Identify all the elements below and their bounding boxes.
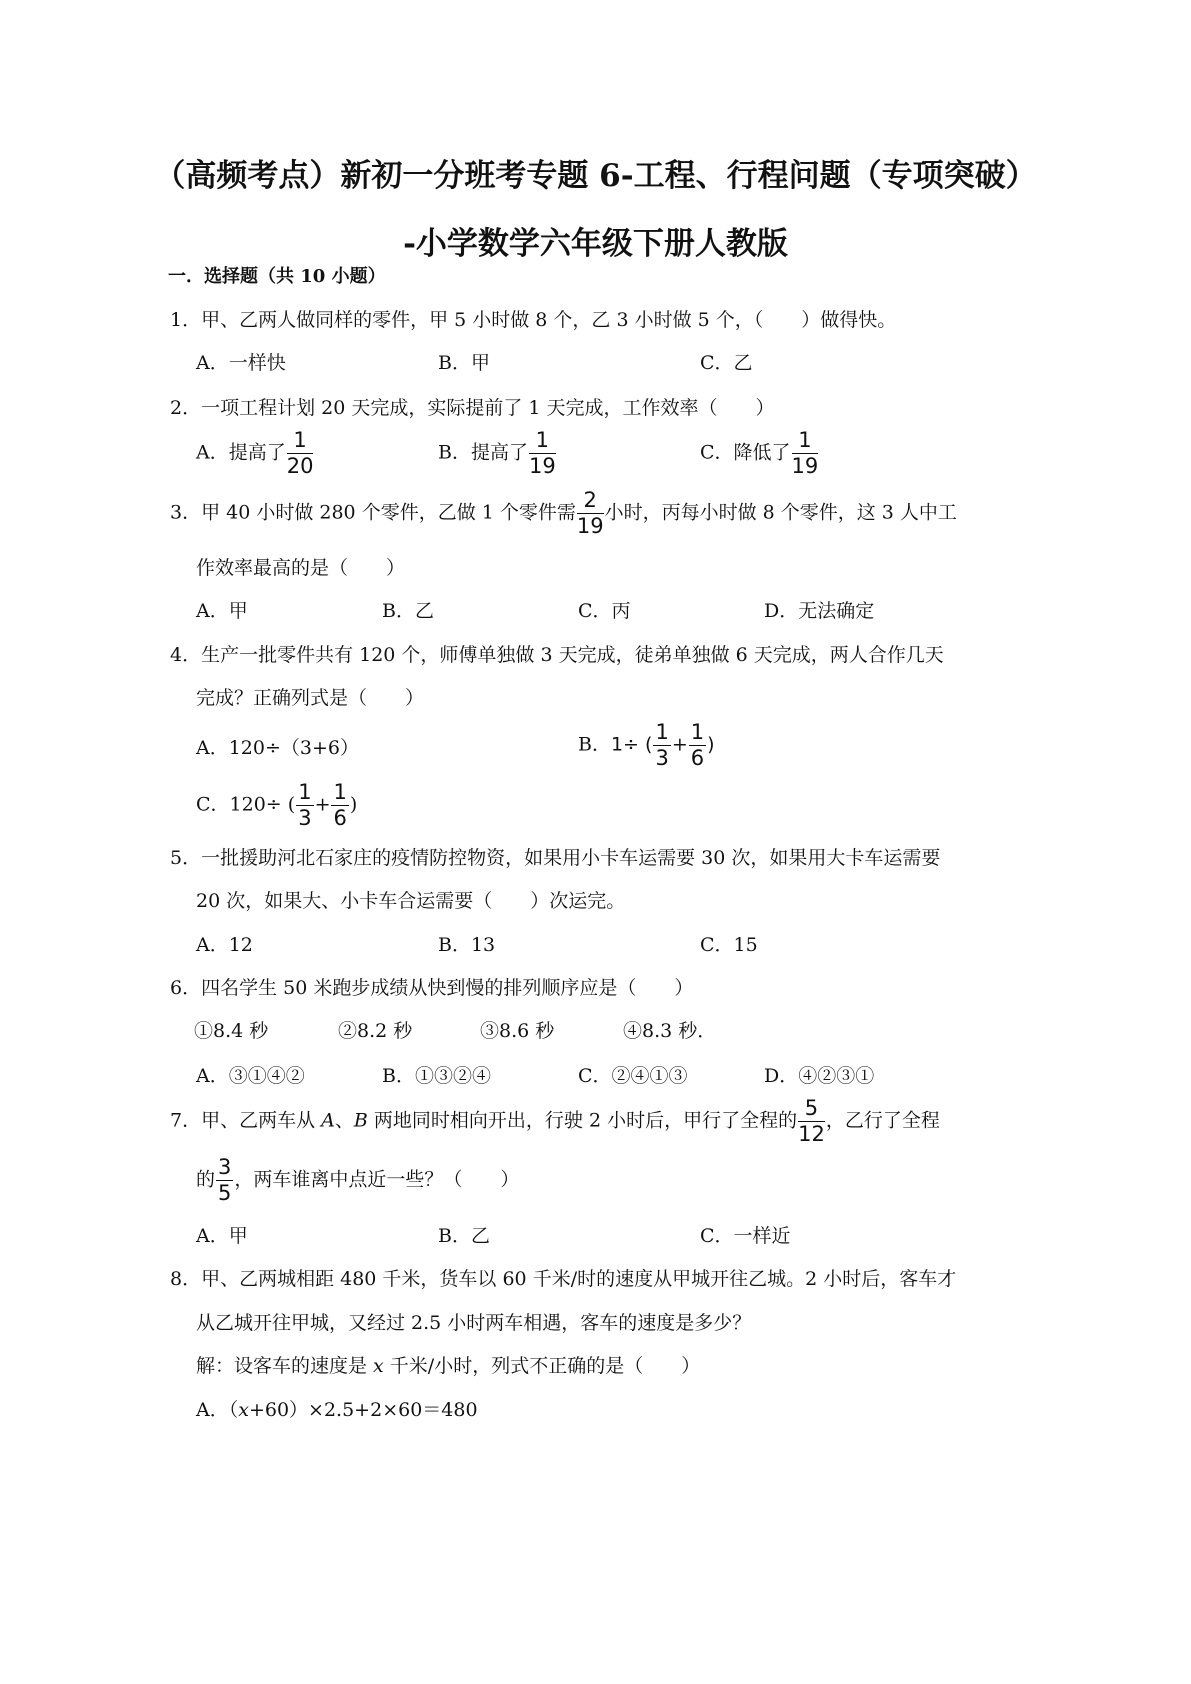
question-8-stem: 8．甲、乙两城相距 480 千米，货车以 60 千米/时的速度从甲城开往乙城。2…	[170, 1264, 956, 1291]
q7-stem-part: ，乙行了全程	[826, 1110, 940, 1132]
q4-option-c: C．120÷ (13+16)	[196, 782, 357, 829]
q6-item-2: ②8.2 秒	[338, 1016, 412, 1043]
expression-part: )	[707, 734, 714, 756]
denominator: 5	[216, 1181, 233, 1204]
question-8-solution: 解：设客车的速度是 x 千米/小时，列式不正确的是（ ）	[196, 1351, 700, 1378]
q6-option-b: B．①③②④	[382, 1061, 491, 1088]
numerator: 1	[792, 430, 819, 454]
q7-option-b: B．乙	[438, 1221, 490, 1248]
q3-stem-part: 小时，丙每小时做 8 个零件，这 3 人中工	[605, 502, 957, 524]
q3-option-c: C．丙	[578, 596, 631, 623]
question-2-stem: 2．一项工程计划 20 天完成，实际提前了 1 天完成，工作效率（ ）	[170, 393, 775, 420]
q6-item-4: ④8.3 秒．	[623, 1016, 716, 1043]
q2-option-b: B．提高了119	[438, 430, 557, 477]
fraction: 16	[331, 782, 348, 829]
question-5-stem: 5．一批援助河北石家庄的疫情防控物资，如果用小卡车运需要 30 次，如果用大卡车…	[170, 843, 940, 870]
question-1-stem: 1．甲、乙两人做同样的零件，甲 5 小时做 8 个，乙 3 小时做 5 个，（ …	[170, 305, 896, 332]
q8-solution-part: 解：设客车的速度是	[196, 1355, 373, 1377]
expression-part: )	[350, 794, 357, 816]
q7-option-a: A．甲	[196, 1221, 248, 1248]
question-6-stem: 6．四名学生 50 米跑步成绩从快到慢的排列顺序应是（ ）	[170, 973, 693, 1000]
point-b: B	[354, 1110, 368, 1132]
q5-option-b: B．13	[438, 930, 495, 957]
q6-option-d: D．④②③①	[764, 1061, 874, 1088]
title-line-2: -小学数学六年级下册人教版	[0, 218, 1191, 263]
q5-option-c: C．15	[700, 930, 758, 957]
denominator: 19	[529, 454, 556, 477]
point-a: A	[321, 1110, 335, 1132]
question-8-stem-cont: 从乙城开往甲城，又经过 2.5 小时两车相遇，客车的速度是多少？	[196, 1308, 751, 1335]
numerator: 1	[296, 782, 313, 806]
question-7-stem: 7．甲、乙两车从 A、B 两地同时相向开出，行驶 2 小时后，甲行了全程的512…	[170, 1098, 940, 1145]
numerator: 1	[689, 722, 706, 746]
q2-option-c-label: C．降低了	[700, 442, 791, 464]
q8-option-part: A．（	[196, 1399, 238, 1421]
fraction: 16	[689, 722, 706, 769]
q5-option-a: A．12	[196, 930, 253, 957]
q6-item-3: ③8.6 秒	[480, 1016, 554, 1043]
q6-option-c: C．②④①③	[578, 1061, 688, 1088]
q3-option-d: D．无法确定	[764, 596, 874, 623]
denominator: 6	[689, 746, 706, 769]
question-3-stem-cont: 作效率最高的是（ ）	[196, 553, 405, 580]
q6-option-a: A．③①④②	[196, 1061, 305, 1088]
question-7-stem-cont: 的35，两车谁离中点近一些？（ ）	[196, 1157, 519, 1204]
denominator: 12	[798, 1122, 825, 1145]
q8-option-a: A．（x+60）×2.5+2×60＝480	[196, 1395, 478, 1422]
q2-option-b-label: B．提高了	[438, 442, 528, 464]
numerator: 1	[287, 430, 314, 454]
denominator: 6	[331, 806, 348, 829]
plus-sign: +	[315, 794, 331, 816]
q7-option-c: C．一样近	[700, 1221, 791, 1248]
fraction: 13	[296, 782, 313, 829]
fraction: 13	[653, 722, 670, 769]
q7-stem-part: 两地同时相向开出，行驶 2 小时后，甲行了全程的	[368, 1110, 797, 1132]
variable-x: x	[238, 1399, 249, 1421]
question-5-stem-cont: 20 次，如果大、小卡车合运需要（ ）次运完。	[196, 886, 625, 913]
q2-option-a: A．提高了120	[196, 430, 314, 477]
q7-stem-part: 7．甲、乙两车从	[170, 1110, 321, 1132]
question-4-stem: 4．生产一批零件共有 120 个，师傅单独做 3 天完成，徒弟单独做 6 天完成…	[170, 640, 944, 667]
numerator: 1	[529, 430, 556, 454]
numerator: 3	[216, 1157, 233, 1181]
denominator: 19	[577, 514, 604, 537]
q7-stem-part: 、	[335, 1110, 354, 1132]
question-3-stem: 3．甲 40 小时做 280 个零件，乙做 1 个零件需219小时，丙每小时做 …	[170, 490, 957, 537]
plus-sign: +	[672, 734, 688, 756]
q8-option-part: +60）×2.5+2×60＝480	[249, 1399, 478, 1421]
q4-option-b: B．1÷ (13+16)	[578, 722, 715, 769]
denominator: 20	[287, 454, 314, 477]
q4-option-a: A．120÷（3+6）	[196, 733, 359, 760]
fraction: 119	[529, 430, 556, 477]
q1-option-c: C．乙	[700, 348, 753, 375]
q3-option-a: A．甲	[196, 596, 248, 623]
numerator: 1	[331, 782, 348, 806]
q4-option-c-label: C．120÷ (	[196, 794, 295, 816]
q1-option-b: B．甲	[438, 348, 490, 375]
variable-x: x	[373, 1355, 384, 1377]
q7-stem-part: ，两车谁离中点近一些？（ ）	[234, 1169, 519, 1191]
numerator: 1	[653, 722, 670, 746]
expression-part: 1÷ (	[611, 734, 652, 756]
q1-option-a: A．一样快	[196, 348, 286, 375]
fraction: 120	[287, 430, 314, 477]
title-line-1: （高频考点）新初一分班考专题 6-工程、行程问题（专项突破）	[0, 150, 1191, 195]
q2-option-a-label: A．提高了	[196, 442, 286, 464]
fraction: 219	[577, 490, 604, 537]
q3-option-b: B．乙	[382, 596, 434, 623]
denominator: 19	[792, 454, 819, 477]
question-4-stem-cont: 完成？正确列式是（ ）	[196, 683, 424, 710]
numerator: 5	[798, 1098, 825, 1122]
q7-stem-part: 的	[196, 1169, 215, 1191]
fraction: 119	[792, 430, 819, 477]
denominator: 3	[296, 806, 313, 829]
denominator: 3	[653, 746, 670, 769]
fraction: 35	[216, 1157, 233, 1204]
q6-item-1: ①8.4 秒	[194, 1016, 268, 1043]
q4-option-b-label: B．	[578, 734, 611, 756]
q8-solution-part: 千米/小时，列式不正确的是（ ）	[384, 1355, 700, 1377]
q2-option-c: C．降低了119	[700, 430, 819, 477]
numerator: 2	[577, 490, 604, 514]
section-heading: 一．选择题（共 10 小题）	[168, 262, 386, 288]
fraction: 512	[798, 1098, 825, 1145]
q3-stem-part: 3．甲 40 小时做 280 个零件，乙做 1 个零件需	[170, 502, 576, 524]
